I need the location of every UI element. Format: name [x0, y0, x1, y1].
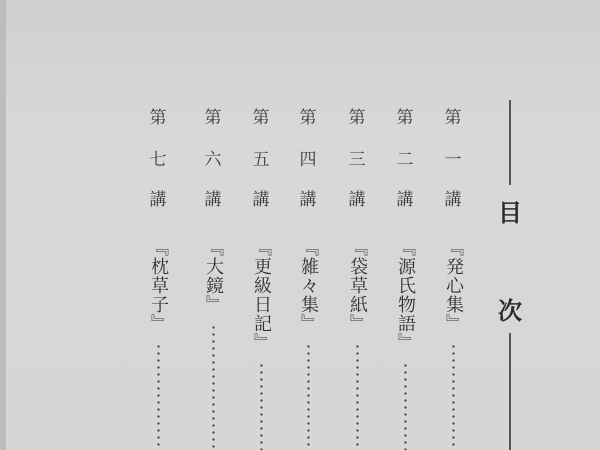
- ordinal: 第: [300, 108, 317, 128]
- toc-entry-7[interactable]: 第 七 講 『枕草子』: [146, 108, 170, 450]
- lecture-unit: 講: [253, 190, 270, 210]
- leader-dots: [404, 362, 407, 450]
- heading-char-1: 目: [498, 199, 522, 227]
- lecture-unit: 講: [445, 190, 462, 210]
- leader-dots: [212, 324, 215, 450]
- toc-entry-2[interactable]: 第 二 講 『源氏物語』: [393, 108, 417, 450]
- toc-entry-1[interactable]: 第 一 講 『発心集』: [441, 108, 465, 450]
- lecture-unit: 講: [205, 190, 222, 210]
- lecture-title: 『源氏物語』: [394, 238, 416, 352]
- lecture-number: 六: [205, 150, 222, 170]
- lecture-unit: 講: [300, 190, 317, 210]
- heading-char-2: 次: [498, 297, 522, 325]
- leader-dots: [452, 343, 455, 450]
- lecture-title: 『袋草紙』: [346, 238, 368, 333]
- toc-entry-4[interactable]: 第 四 講 『雑々集』: [296, 108, 320, 450]
- lecture-number: 二: [397, 150, 414, 170]
- lecture-number: 七: [150, 150, 167, 170]
- leader-dots: [356, 343, 359, 450]
- ordinal: 第: [150, 108, 167, 128]
- show-through-text: [100, 110, 121, 450]
- ordinal: 第: [349, 108, 366, 128]
- heading-rule-bottom: [509, 333, 511, 450]
- ordinal: 第: [445, 108, 462, 128]
- lecture-number: 三: [349, 150, 366, 170]
- lecture-number: 一: [445, 150, 462, 170]
- lecture-title: 『枕草子』: [147, 238, 169, 333]
- page-edge: [0, 0, 6, 450]
- lecture-unit: 講: [150, 190, 167, 210]
- ordinal: 第: [205, 108, 222, 128]
- toc-heading: 目 次: [495, 100, 525, 450]
- leader-dots: [260, 362, 263, 450]
- lecture-title: 『大鏡』: [202, 238, 224, 314]
- heading-rule-top: [509, 100, 511, 185]
- lecture-unit: 講: [397, 190, 414, 210]
- toc-entry-6[interactable]: 第 六 講 『大鏡』: [201, 108, 225, 450]
- ordinal: 第: [397, 108, 414, 128]
- toc-entry-5[interactable]: 第 五 講 『更級日記』: [249, 108, 273, 450]
- leader-dots: [157, 343, 160, 450]
- toc-entry-3[interactable]: 第 三 講 『袋草紙』: [345, 108, 369, 450]
- lecture-number: 五: [253, 150, 270, 170]
- ordinal: 第: [253, 108, 270, 128]
- lecture-title: 『発心集』: [442, 238, 464, 333]
- lecture-title: 『雑々集』: [297, 238, 319, 333]
- lecture-title: 『更級日記』: [250, 238, 272, 352]
- lecture-number: 四: [300, 150, 317, 170]
- lecture-unit: 講: [349, 190, 366, 210]
- leader-dots: [307, 343, 310, 450]
